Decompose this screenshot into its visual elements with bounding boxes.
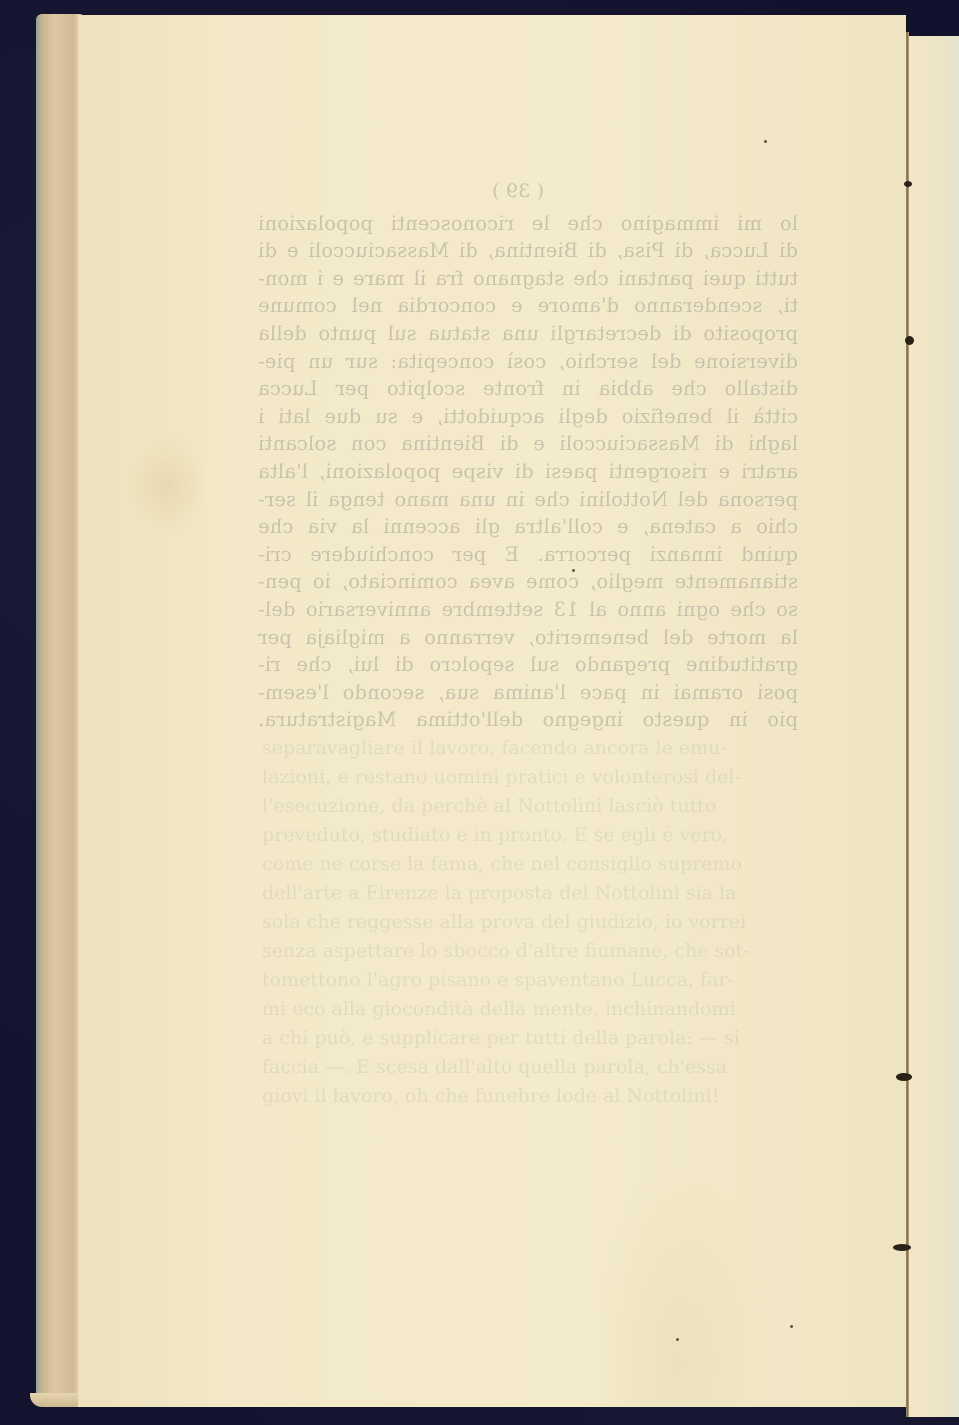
binding-thread-mark xyxy=(893,1244,911,1251)
page-number: ( 39 ) xyxy=(258,178,778,206)
paper-speck xyxy=(764,140,767,143)
page-edge-left xyxy=(36,14,82,1404)
book-page-recto-sliver xyxy=(909,36,959,1417)
mirrored-bleed-through-text: ( 39 ) lo mi immagino che le riconoscent… xyxy=(258,178,798,734)
binding-thread-mark xyxy=(905,336,914,345)
binding-thread-mark xyxy=(896,1073,912,1081)
paper-speck xyxy=(676,1338,679,1341)
faint-underlying-text: separavagliare il lavoro, facendo ancora… xyxy=(262,734,792,1111)
paper-speck xyxy=(790,1325,793,1328)
binding-thread-mark xyxy=(904,181,912,187)
